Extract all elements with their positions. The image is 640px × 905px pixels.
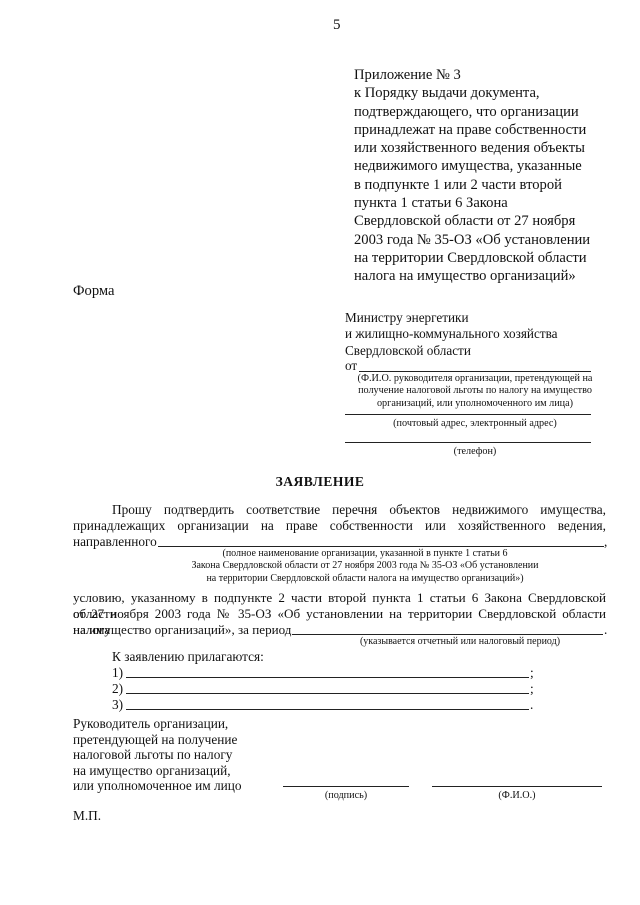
attachment-3-number: 3) [112,697,123,713]
attachment-2-field[interactable] [126,693,529,694]
attachment-2-end: ; [530,681,534,697]
address-field[interactable] [345,414,591,415]
caption-line: (полное наименование организации, указан… [150,548,580,560]
annex-line: принадлежат на праве собственности [354,121,624,139]
signatory-line: Руководитель организации, [73,716,242,732]
paragraph2-period: . [604,622,607,638]
annex-line: в подпункте 1 или 2 части второй [354,176,624,194]
signatory-line: налоговой льготы по налогу [73,747,242,763]
signatory-label: Руководитель организации, претендующей н… [73,716,242,794]
paragraph2-line3-prefix: на имущество организаций», за период [73,622,291,638]
from-caption: (Ф.И.О. руководителя организации, претен… [340,373,610,410]
annex-line: Свердловской области от 27 ноября [354,212,624,230]
caption-line: Закона Свердловской области от 27 ноября… [150,560,580,572]
annex-line: 2003 года № 35-ОЗ «Об установлении [354,231,624,249]
document-title: ЗАЯВЛЕНИЕ [0,474,640,490]
signatory-line: или уполномоченное им лицо [73,778,242,794]
organization-name-field[interactable] [158,546,604,547]
period-caption: (указывается отчетный или налоговый пери… [320,636,600,648]
from-label: от [345,358,357,374]
attachment-1-field[interactable] [126,677,529,678]
phone-caption: (телефон) [340,446,610,458]
from-field[interactable] [359,371,591,372]
name-field[interactable] [432,786,602,787]
paragraph1-line1: Прошу подтвердить соответствие перечня о… [112,502,606,518]
annex-line: Приложение № 3 [354,66,624,84]
annex-line: подтверждающего, что организации [354,103,624,121]
caption-line: на территории Свердловской области налог… [150,573,580,585]
annex-line: пункта 1 статьи 6 Закона [354,194,624,212]
caption-line: получение налоговой льготы по налогу на … [340,385,610,397]
annex-line: налога на имущество организаций» [354,267,624,285]
signatory-line: претендующей на получение [73,732,242,748]
period-field[interactable] [292,634,603,635]
annex-header: Приложение № 3 к Порядку выдачи документ… [354,66,624,286]
caption-line: организаций, или уполномоченного им лица… [340,398,610,410]
addressee-line: Свердловской области [345,343,605,359]
organization-name-caption: (полное наименование организации, указан… [150,548,580,585]
attachment-1-end: ; [530,665,534,681]
attachment-1-number: 1) [112,665,123,681]
page-number: 5 [333,17,341,34]
annex-line: к Порядку выдачи документа, [354,84,624,102]
paragraph1-line3-prefix: направленного [73,534,157,550]
attachments-heading: К заявлению прилагаются: [112,649,264,665]
form-label: Форма [73,283,115,300]
attachment-3-end: . [530,697,533,713]
signature-field[interactable] [283,786,409,787]
stamp-label: М.П. [73,808,101,824]
attachment-3-field[interactable] [126,709,529,710]
addressee-line: Министру энергетики [345,310,605,326]
annex-line: или хозяйственного ведения объекты [354,139,624,157]
attachment-2-number: 2) [112,681,123,697]
signature-caption: (подпись) [283,790,409,802]
name-caption: (Ф.И.О.) [432,790,602,802]
addressee-block: Министру энергетики и жилищно-коммунальн… [345,310,605,359]
phone-field[interactable] [345,442,591,443]
address-caption: (почтовый адрес, электронный адрес) [340,418,610,430]
signatory-line: на имущество организаций, [73,763,242,779]
caption-line: (Ф.И.О. руководителя организации, претен… [340,373,610,385]
annex-line: недвижимого имущества, указанные [354,157,624,175]
paragraph1-line2: принадлежащих организации на праве собст… [73,518,606,534]
addressee-line: и жилищно-коммунального хозяйства [345,326,605,342]
paragraph1-comma: , [604,534,607,550]
annex-line: на территории Свердловской области [354,249,624,267]
